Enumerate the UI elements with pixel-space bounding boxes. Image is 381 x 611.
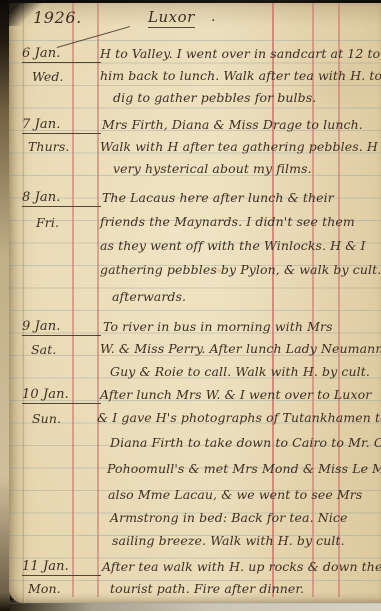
entry-line: as they went off with the Winlocks. H & …: [100, 238, 366, 253]
entry-line: Pohoomull's & met Mrs Mond & Miss Le Man…: [107, 461, 381, 476]
entry-line: Walk with H after tea gathering pebbles.…: [100, 139, 378, 154]
margin-line-left-2: [97, 3, 99, 597]
entry-date: 7 Jan.: [22, 117, 101, 134]
page-title: Luxor: [148, 8, 195, 26]
page-crease: [22, 3, 25, 603]
entry-line: friends the Maynards. I didn't see them: [100, 214, 355, 229]
entry-line: afterwards.: [112, 289, 186, 304]
entry-line: Armstrong in bed: Back for tea. Nice: [110, 510, 347, 525]
entry-line: tourist path. Fire after dinner.: [110, 581, 304, 596]
entry-day: Sun.: [32, 411, 61, 426]
entry-line: After lunch Mrs W. & I went over to Luxo…: [100, 387, 371, 402]
diary-page: 1926. Luxor . 6 Jan. Wed. H to Valley. I…: [9, 3, 381, 603]
entry-line: also Mme Lacau, & we went to see Mrs: [108, 487, 362, 502]
entry-line: & I gave H's photographs of Tutankhamen …: [97, 410, 381, 425]
entry-line: Guy & Roie to call. Walk with H. by cult…: [110, 364, 370, 379]
entry-day: Thurs.: [28, 139, 69, 154]
page-title-period: .: [211, 9, 216, 25]
entry-line: W. & Miss Perry. After lunch Lady Neuman…: [100, 341, 381, 356]
entry-line: very hysterical about my films.: [113, 161, 312, 176]
entry-date: 8 Jan.: [22, 190, 101, 207]
entry-day: Fri.: [36, 215, 59, 230]
entry-date: 9 Jan.: [22, 319, 101, 336]
entry-day: Mon.: [28, 581, 61, 596]
diary-photo: 1926. Luxor . 6 Jan. Wed. H to Valley. I…: [0, 0, 381, 611]
margin-line-left-1: [72, 3, 74, 597]
entry-date: 10 Jan.: [22, 387, 101, 404]
entry-line: dig to gather pebbles for bulbs.: [113, 90, 316, 105]
entry-line: Mrs Firth, Diana & Miss Drage to lunch.: [102, 117, 363, 132]
entry-date: 11 Jan.: [22, 559, 101, 576]
spine-corner-shadow: [8, 0, 52, 26]
margin-line-right-3: [338, 3, 340, 597]
entry-line: After tea walk with H. up rocks & down t…: [102, 559, 381, 574]
entry-day: Wed.: [32, 69, 64, 84]
entry-line: him back to lunch. Walk after tea with H…: [100, 68, 381, 83]
entry-day: Sat.: [31, 342, 56, 357]
entry-line: sailing breeze. Walk with H. by cult.: [112, 533, 345, 548]
entry-date: 6 Jan.: [22, 46, 101, 63]
entry-line: gathering pebbles by Pylon, & walk by cu…: [100, 262, 381, 277]
entry-line: To river in bus in morning with Mrs: [103, 319, 333, 334]
page-title-text: Luxor: [148, 8, 195, 28]
entry-line: The Lacaus here after lunch & their: [102, 190, 334, 205]
entry-line: Diana Firth to take down to Cairo to Mr.…: [110, 435, 381, 450]
entry-line: H to Valley. I went over in sandcart at …: [100, 46, 381, 61]
